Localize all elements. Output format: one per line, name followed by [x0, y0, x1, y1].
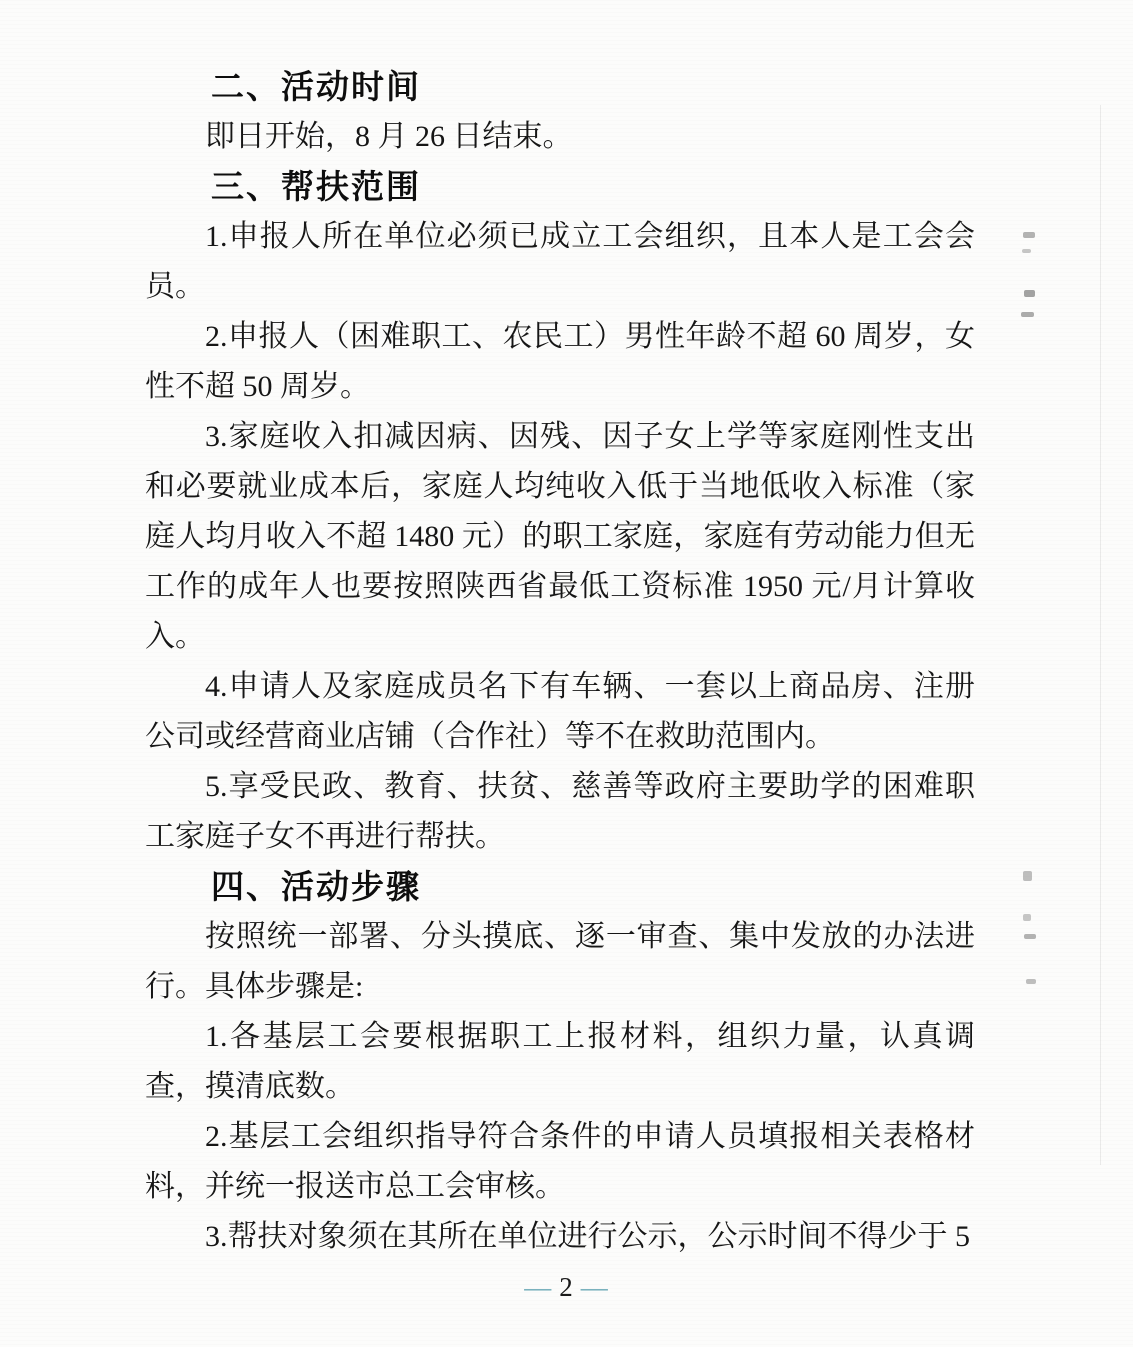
scan-artifact: [1024, 934, 1036, 939]
scan-artifact: [1023, 871, 1032, 881]
scan-artifact: [1024, 290, 1035, 297]
scan-artifact: [1026, 979, 1036, 984]
page-number-dash-left: —: [524, 1272, 552, 1302]
section-heading: 四、活动步骤: [145, 862, 975, 912]
scan-artifact: [1023, 232, 1035, 238]
scan-line-artifact: [1100, 105, 1101, 1165]
document-paragraph: 2.基层工会组织指导符合条件的申请人员填报相关表格材料，并统一报送市总工会审核。: [145, 1112, 975, 1212]
document-paragraph: 3.帮扶对象须在其所在单位进行公示，公示时间不得少于 5: [145, 1212, 975, 1262]
document-paragraph: 3.家庭收入扣减因病、因残、因子女上学等家庭刚性支出和必要就业成本后，家庭人均纯…: [145, 412, 975, 662]
document-paragraph: 4.申请人及家庭成员名下有车辆、一套以上商品房、注册公司或经营商业店铺（合作社）…: [145, 662, 975, 762]
document-page: { "document": { "blocks": [ { "type": "h…: [0, 0, 1133, 1347]
scan-artifact: [1022, 249, 1031, 253]
page-number: —2—: [0, 1272, 1133, 1303]
document-body: 二、活动时间即日开始，8 月 26 日结束。三、帮扶范围1.申报人所在单位必须已…: [145, 62, 975, 1262]
scan-artifact: [1023, 914, 1031, 921]
document-paragraph: 1.各基层工会要根据职工上报材料，组织力量，认真调查，摸清底数。: [145, 1012, 975, 1112]
document-paragraph: 2.申报人（困难职工、农民工）男性年龄不超 60 周岁，女性不超 50 周岁。: [145, 312, 975, 412]
section-heading: 三、帮扶范围: [145, 162, 975, 212]
document-paragraph: 按照统一部署、分头摸底、逐一审查、集中发放的办法进行。具体步骤是:: [145, 912, 975, 1012]
scan-artifact: [1021, 312, 1034, 317]
page-number-value: 2: [559, 1272, 574, 1302]
section-heading: 二、活动时间: [145, 62, 975, 112]
document-paragraph: 1.申报人所在单位必须已成立工会组织，且本人是工会会员。: [145, 212, 975, 312]
page-number-dash-right: —: [581, 1272, 609, 1302]
document-paragraph: 5.享受民政、教育、扶贫、慈善等政府主要助学的困难职工家庭子女不再进行帮扶。: [145, 762, 975, 862]
document-paragraph: 即日开始，8 月 26 日结束。: [145, 112, 975, 162]
